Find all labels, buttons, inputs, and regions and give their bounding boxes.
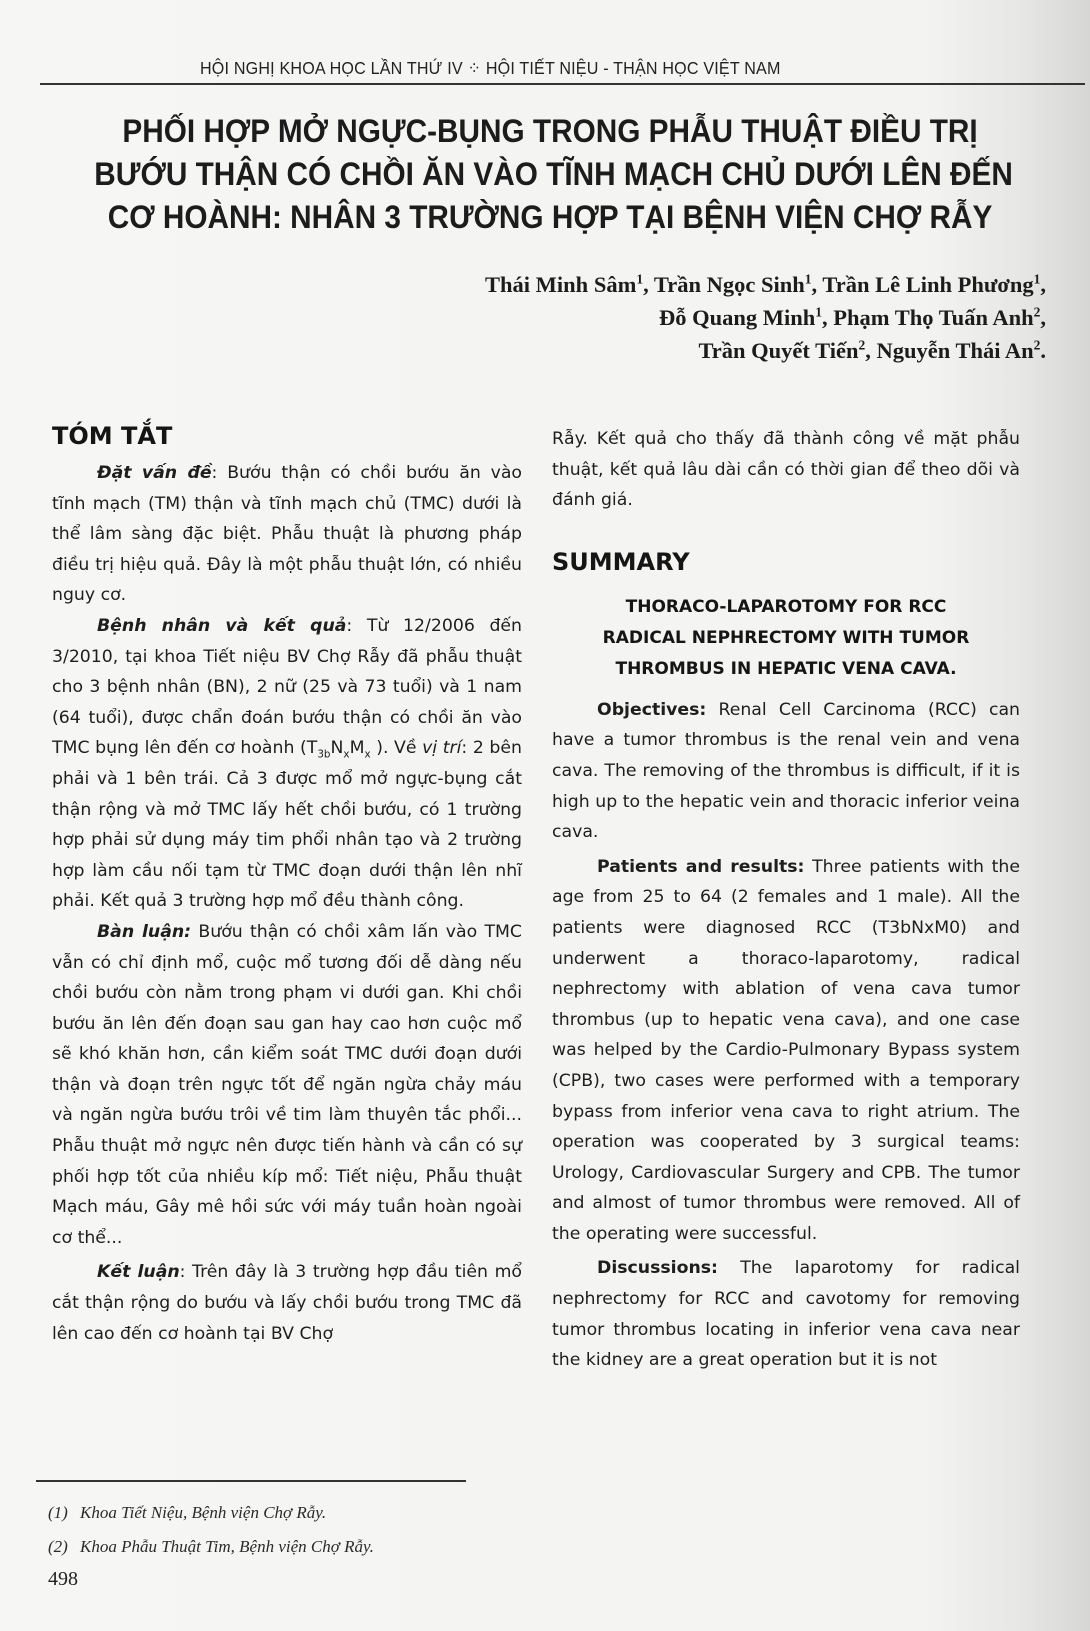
author-line: Đỗ Quang Minh1, Phạm Thọ Tuấn Anh2, bbox=[346, 301, 1046, 334]
title-line: BƯỚU THẬN CÓ CHỒI ĂN VÀO TĨNH MẠCH CHỦ D… bbox=[94, 153, 1005, 196]
footnote: (2)Khoa Phẫu Thuật Tim, Bệnh viện Chợ Rẫ… bbox=[48, 1530, 548, 1564]
author-line: Thái Minh Sâm1, Trần Ngọc Sinh1, Trần Lê… bbox=[346, 268, 1046, 301]
paragraph-lead: Objectives: bbox=[597, 700, 706, 720]
summary-paragraph-discussions: Discussions: The laparotomy for radical … bbox=[552, 1253, 1020, 1375]
english-title-line: THORACO-LAPAROTOMY FOR RCC bbox=[552, 592, 1020, 623]
author-name: Đỗ Quang Minh bbox=[659, 305, 815, 330]
affiliation-mark: 1 bbox=[805, 272, 812, 287]
author-name: Trần Lê Linh Phương bbox=[822, 272, 1033, 297]
paragraph-lead: Kết luận bbox=[97, 1262, 180, 1282]
abstract-paragraph-discussion: Bàn luận: Bướu thận có chồi xâm lấn vào … bbox=[52, 917, 522, 1254]
abstract-paragraph-patients-results: Bệnh nhân và kết quả: Từ 12/2006 đến 3/2… bbox=[52, 611, 522, 917]
author-name: Trần Quyết Tiến bbox=[698, 338, 858, 363]
author-list: Thái Minh Sâm1, Trần Ngọc Sinh1, Trần Lê… bbox=[346, 268, 1046, 367]
header-rule bbox=[40, 83, 1085, 85]
author-name: Thái Minh Sâm bbox=[485, 272, 636, 297]
summary-paragraph-patients-results: Patients and results: Three patients wit… bbox=[552, 852, 1020, 1250]
author-name: Phạm Thọ Tuấn Anh bbox=[833, 305, 1033, 330]
paragraph-lead: Đặt vấn đề bbox=[97, 463, 212, 483]
abstract-paragraph-conclusion: Kết luận: Trên đây là 3 trường hợp đầu t… bbox=[52, 1257, 522, 1349]
footnote-rule bbox=[36, 1480, 466, 1482]
english-title: THORACO-LAPAROTOMY FOR RCC RADICAL NEPHR… bbox=[552, 592, 1020, 685]
document-page: HỘI NGHỊ KHOA HỌC LẦN THỨ IV ⁘ HỘI TIẾT … bbox=[0, 0, 1090, 1631]
running-header: HỘI NGHỊ KHOA HỌC LẦN THỨ IV ⁘ HỘI TIẾT … bbox=[200, 58, 872, 79]
title-line: CƠ HOÀNH: NHÂN 3 TRƯỜNG HỢP TẠI BỆNH VIỆ… bbox=[94, 196, 1005, 239]
abstract-paragraph-background: Đặt vấn đề: Bướu thận có chồi bướu ăn và… bbox=[52, 458, 522, 611]
right-column: Rẫy. Kết quả cho thấy đã thành công về m… bbox=[552, 424, 1020, 1376]
footnotes: (1)Khoa Tiết Niệu, Bệnh viện Chợ Rẫy. (2… bbox=[48, 1496, 548, 1564]
author-name: Trần Ngọc Sinh bbox=[654, 272, 805, 297]
paragraph-lead: Bàn luận: bbox=[97, 922, 191, 942]
left-column: TÓM TẮT Đặt vấn đề: Bướu thận có chồi bư… bbox=[52, 420, 522, 1349]
footnote: (1)Khoa Tiết Niệu, Bệnh viện Chợ Rẫy. bbox=[48, 1496, 548, 1530]
paragraph-lead: Patients and results: bbox=[597, 857, 804, 877]
page-number: 498 bbox=[48, 1568, 78, 1591]
paragraph-lead: Discussions: bbox=[597, 1258, 718, 1278]
author-line: Trần Quyết Tiến2, Nguyễn Thái An2. bbox=[346, 334, 1046, 367]
article-title: PHỐI HỢP MỞ NGỰC-BỤNG TRONG PHẪU THUẬT Đ… bbox=[94, 110, 1005, 239]
abstract-conclusion-continued: Rẫy. Kết quả cho thấy đã thành công về m… bbox=[552, 424, 1020, 516]
author-name: Nguyễn Thái An bbox=[876, 338, 1033, 363]
summary-heading: SUMMARY bbox=[552, 546, 1020, 578]
title-line: PHỐI HỢP MỞ NGỰC-BỤNG TRONG PHẪU THUẬT Đ… bbox=[94, 110, 1005, 153]
abstract-heading: TÓM TẮT bbox=[52, 420, 522, 452]
paragraph-lead: Bệnh nhân và kết quả bbox=[97, 616, 346, 636]
english-title-line: THROMBUS IN HEPATIC VENA CAVA. bbox=[552, 654, 1020, 685]
tnm-stage: T3bNxMx bbox=[307, 738, 371, 758]
summary-paragraph-objectives: Objectives: Renal Cell Carcinoma (RCC) c… bbox=[552, 695, 1020, 848]
english-title-line: RADICAL NEPHRECTOMY WITH TUMOR bbox=[552, 623, 1020, 654]
